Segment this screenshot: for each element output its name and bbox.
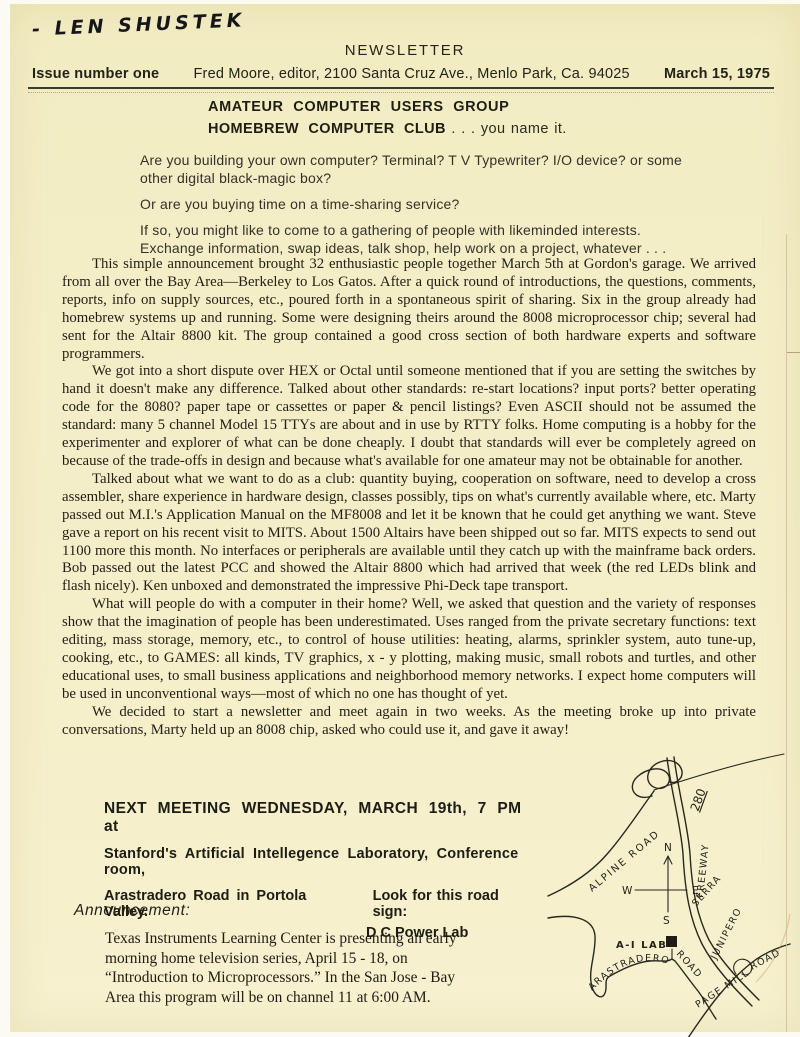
question-2: Or are you buying time on a time-sharing…: [140, 195, 708, 213]
announcement-text: Texas Instruments Learning Center is pre…: [105, 929, 467, 1007]
paragraph-3: Talked about what we want to do as a clu…: [62, 471, 756, 596]
paragraph-2: We got into a short dispute over HEX or …: [62, 363, 756, 470]
compass-south-label: S: [663, 915, 670, 927]
question-3: If so, you might like to come to a gathe…: [140, 221, 708, 257]
diagonal-road: [654, 754, 784, 790]
issue-date: March 15, 1975: [664, 66, 770, 82]
meeting-line2: Stanford's Artificial Intellegence Labor…: [104, 846, 534, 878]
paper-crease-tick: [787, 352, 800, 353]
intro-questions: Are you building your own computer? Term…: [140, 151, 708, 265]
hand-drawn-map: N W E S A-I LAB ALPINE ROAD 280 FREEWAY …: [548, 750, 800, 1037]
masthead-divider-shadow: [28, 92, 774, 93]
paragraph-4: What will people do with a computer in t…: [62, 596, 756, 703]
question-1: Are you building your own computer? Term…: [140, 151, 708, 187]
newsletter-page: - LEN SHUSTEK NEWSLETTER Issue number on…: [10, 4, 800, 1032]
road-sign-hint: Look for this road sign:: [373, 888, 534, 920]
arastradero-label-holder: ARASTRADERO: [586, 953, 671, 993]
heading-line2-rest: . . . you name it.: [446, 121, 567, 137]
body-text: This simple announcement brought 32 enth…: [62, 256, 756, 739]
handwritten-owner-name: - LEN SHUSTEK: [32, 9, 246, 40]
compass-west-label: W: [622, 885, 633, 897]
junipero-label: JUNIPERO: [708, 906, 744, 962]
ai-lab-label: A-I LAB: [616, 940, 667, 951]
paragraph-5: We decided to start a newsletter and mee…: [62, 704, 756, 740]
paper-crease: [786, 234, 787, 1032]
masthead-row: Issue number one Fred Moore, editor, 210…: [32, 66, 770, 82]
heading-line2-bold: HOMEBREW COMPUTER CLUB: [208, 121, 446, 137]
arastradero-label: ARASTRADERO: [586, 953, 671, 993]
freeway-280-label: 280: [688, 787, 709, 813]
meeting-line1: NEXT MEETING WEDNESDAY, MARCH 19th, 7 PM…: [104, 800, 534, 836]
newsletter-title: NEWSLETTER: [10, 42, 800, 59]
ai-lab-building-marker: [666, 936, 677, 947]
issue-number: Issue number one: [32, 66, 159, 82]
club-heading: AMATEUR COMPUTER USERS GROUP HOMEBREW CO…: [208, 99, 567, 137]
scan-artifact-arc: [756, 914, 790, 982]
heading-line1: AMATEUR COMPUTER USERS GROUP: [208, 99, 567, 115]
heading-line2: HOMEBREW COMPUTER CLUB . . . you name it…: [208, 121, 567, 137]
editor-address: Fred Moore, editor, 2100 Santa Cruz Ave.…: [194, 66, 630, 82]
masthead-divider: [28, 87, 774, 89]
page-mill-road-word: ROAD: [748, 947, 783, 972]
compass-north-label: N: [664, 842, 672, 854]
paragraph-1: This simple announcement brought 32 enth…: [62, 256, 756, 363]
announcement-label: Announcement:: [74, 902, 190, 920]
